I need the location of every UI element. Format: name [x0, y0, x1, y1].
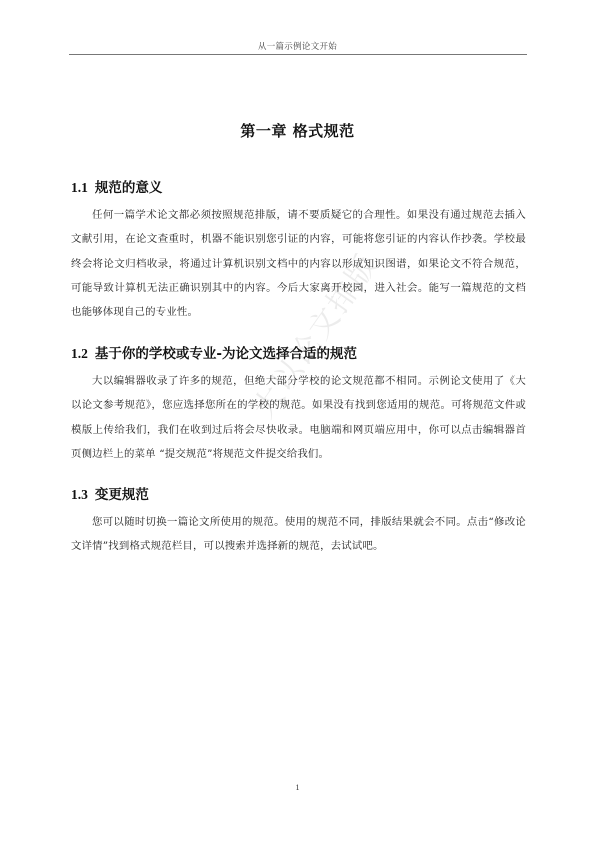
- section-paragraph-1-3: 您可以随时切换一篇论文所使用的规范。使用的规范不同，排版结果就会不同。点击“修改…: [71, 510, 526, 559]
- section-title: 变更规范: [95, 487, 149, 503]
- chapter-title: 第一章 格式规范: [0, 120, 595, 141]
- section-number: 1.3: [71, 487, 88, 502]
- header-rule: [69, 54, 527, 55]
- section-number: 1.1: [71, 180, 88, 195]
- section-heading-1-2: 1.2基于你的学校或专业-为论文选择合适的规范: [71, 342, 357, 362]
- running-header-title: 从一篇示例论文开始: [0, 40, 595, 52]
- page-number: 1: [0, 783, 595, 792]
- section-title: 规范的意义: [95, 180, 163, 196]
- section-title: 基于你的学校或专业-为论文选择合适的规范: [95, 346, 357, 362]
- section-paragraph-1-2: 大以编辑器收录了许多的规范，但绝大部分学校的论文规范都不相同。示例论文使用了《大…: [71, 369, 526, 466]
- section-number: 1.2: [71, 346, 88, 361]
- section-heading-1-1: 1.1规范的意义: [71, 176, 162, 196]
- section-heading-1-3: 1.3变更规范: [71, 483, 149, 503]
- section-paragraph-1-1: 任何一篇学术论文都必须按照规范排版，请不要质疑它的合理性。如果没有通过规范去插入…: [71, 203, 526, 324]
